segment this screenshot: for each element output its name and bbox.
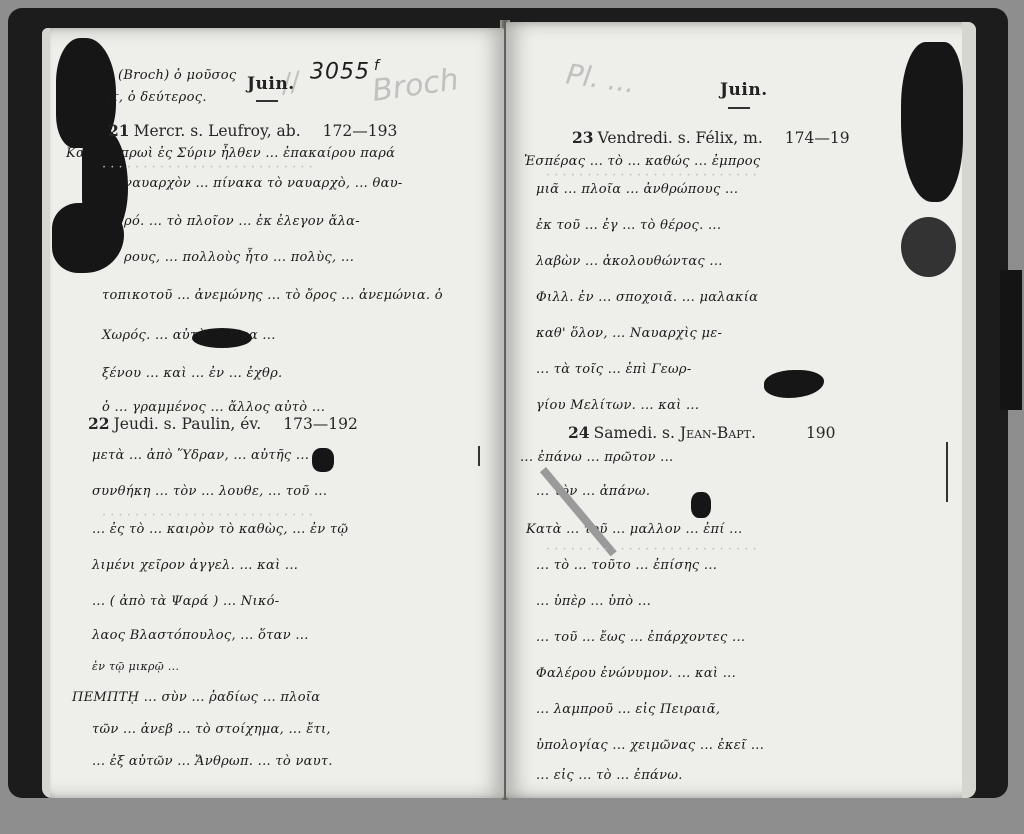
handwritten-line: ... τοῦ ... ἔως ... ἐπάρχοντες ...	[536, 630, 745, 645]
handwritten-line: ... ἐπάνω ... πρῶτον ...	[520, 450, 673, 465]
handwritten-line: ... τὸ ... τοῦτο ... ἐπίσης ...	[536, 558, 717, 573]
handwritten-line: ... εἰς ... τὸ ... ἐπάνω.	[536, 768, 683, 783]
calendar-entry-24: 24Samedi. s. Jean-Bapt.190	[568, 423, 836, 442]
handwritten-line: ... ( ἀπὸ τὰ Ψαρά ) ... Νικό-	[92, 594, 280, 609]
ink-blot	[691, 492, 711, 518]
handwritten-line: ἐν τῷ μικρῷ ...	[92, 660, 179, 673]
handwritten-line: ρό. ... τὸ πλοῖον ... ἐκ ἐλεγον ἄλα-	[124, 214, 360, 229]
page-header-month: Juin.	[720, 80, 768, 100]
handwritten-line: γίου Μελίτων. ... καὶ ...	[536, 398, 699, 413]
handwritten-line: Καλ. ... πρωὶ ἐς Σύριν ἦλθεν ... ἐπακαίρ…	[66, 146, 395, 161]
left-page: Broch // (Broch) ὁ μοῦσος ιτ, ὁ δεύτερος…	[42, 28, 504, 798]
handwritten-line: λιμένι χεῖρον ἀγγελ. ... καὶ ...	[92, 558, 298, 573]
book-clasp-tab	[1000, 270, 1022, 410]
handwritten-line: ... λαμπροῦ ... εἰς Πειραιᾶ,	[536, 702, 720, 717]
ink-stain	[52, 203, 124, 273]
handwritten-line: Φαλέρου ἐνώνυμον. ... καὶ ...	[536, 666, 736, 681]
ink-mark	[478, 446, 480, 466]
handwritten-line: ... ἐξ αὐτῶν ... Ἄνθρωπ. ... τὸ ναυτ.	[92, 754, 333, 769]
handwritten-line: Κατὰ ... τοῦ ... μαλλον ... ἐπί ...	[526, 522, 742, 537]
header-rule	[256, 100, 278, 102]
calendar-entry-23: 23Vendredi. s. Félix, m.174—19	[572, 128, 850, 147]
handwritten-line: ναυαρχὸν ... πίνακα τὸ ναυαρχὸ, ... θαυ-	[124, 176, 403, 191]
pencil-note: Pl. ...	[564, 57, 637, 99]
bleed-through-text: · · · · · · · · · · · · · · · · · · · · …	[546, 168, 757, 183]
handwritten-line: λαος Βλαστόπουλος, ... ὅταν ...	[92, 628, 309, 643]
calendar-entry-22: 22Jeudi. s. Paulin, év.173—192	[88, 414, 358, 433]
bleed-through-text: · · · · · · · · · · · · · · · · · · · · …	[546, 542, 757, 557]
page-header-month: Juin.	[247, 74, 295, 94]
header-rule	[728, 107, 750, 109]
handwritten-note: (Broch) ὁ μοῦσος	[118, 68, 236, 83]
ink-mark	[946, 442, 948, 502]
handwritten-line: ξένου ... καὶ ... ἐν ... ἐχθρ.	[102, 366, 283, 381]
handwritten-line: Χωρός. ... αὐτὸ ... τινα ...	[102, 328, 276, 343]
handwritten-line: μετὰ ... ἀπὸ Ὕδραν, ... αὐτῆς ...	[92, 448, 309, 463]
right-page: Pl. ... Juin. 23Vendredi. s. Félix, m.17…	[506, 22, 976, 798]
calendar-entry-21: 21Mercr. s. Leufroy, ab.172—193	[108, 121, 397, 140]
handwritten-line: τοπικοτοῦ ... ἀνεμώνης ... τὸ ὄρος ... ἀ…	[102, 288, 443, 303]
handwritten-note: ιτ, ὁ δεύτερος.	[106, 90, 207, 105]
handwritten-line: ὑπολογίας ... χειμῶνας ... ἐκεῖ ...	[536, 738, 764, 753]
page-edge	[42, 28, 50, 798]
page-edge	[962, 22, 976, 798]
handwritten-line: μιᾶ ... πλοῖα ... ἀνθρώπους ...	[536, 182, 738, 197]
handwritten-line: ΠΕΜΠΤῌ ... σὺν ... ῥαδίως ... πλοῖα	[72, 690, 320, 705]
ink-blot	[764, 370, 824, 398]
handwritten-line: ρους, ... πολλοὺς ἦτο ... πολὺς, ...	[124, 250, 354, 265]
handwritten-line: ... ἐς τὸ ... καιρὸν τὸ καθὼς, ... ἐν τῷ	[92, 522, 348, 537]
handwritten-line: Φιλλ. ἐν ... σποχοιᾶ. ... μαλακία	[536, 290, 758, 305]
handwritten-line: Ἐσπέρας ... τὸ ... καθώς ... ἐμπρος	[524, 154, 760, 169]
handwritten-line: συνθήκη ... τὸν ... λουθε, ... τοῦ ...	[92, 484, 327, 499]
bleed-through-text: · · · · · · · · · · · · · · · · · · · · …	[102, 508, 313, 523]
ink-blot	[312, 448, 334, 472]
handwritten-line: ... τὰ τοῖς ... ἐπὶ Γεωρ-	[536, 362, 692, 377]
handwritten-line: ἐκ τοῦ ... ἐγ ... τὸ θέρος. ...	[536, 218, 721, 233]
handwritten-line: καθ' ὅλον, ... Ναυαρχὶς με-	[536, 326, 722, 341]
handwritten-line: τῶν ... ἀνεβ ... τὸ στοίχημα, ... ἔτι,	[92, 722, 331, 737]
handwritten-line: ὁ ... γραμμένος ... ἄλλος αὐτὸ ...	[102, 400, 325, 415]
ink-stain	[901, 217, 956, 277]
bleed-through-text: · · · · · · · · · · · · · · · · · · · · …	[102, 160, 313, 175]
shelfmark-number: 3055f	[310, 58, 380, 84]
handwritten-line: ... ὑπὲρ ... ὑπὸ ...	[536, 594, 651, 609]
handwritten-line: λαβὼν ... ἀκολουθώντας ...	[536, 254, 723, 269]
ink-stain	[901, 42, 963, 202]
pencil-note: Broch	[370, 62, 461, 109]
